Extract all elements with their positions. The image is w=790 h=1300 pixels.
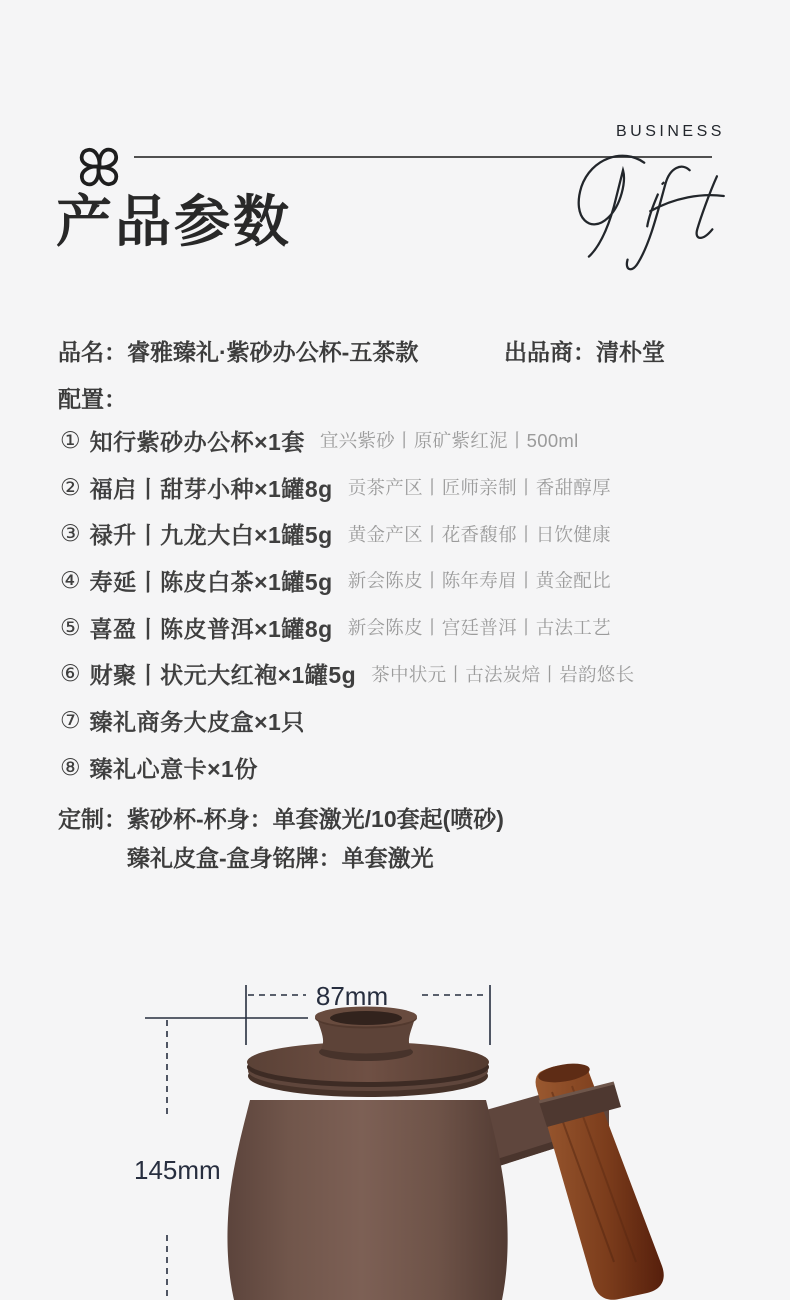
height-dimension-label: 145mm bbox=[134, 1155, 221, 1185]
cup-body bbox=[227, 1100, 507, 1300]
item-main-text: 财聚丨状元大红袍×1罐5g bbox=[90, 657, 357, 690]
product-name-label: 品名： bbox=[58, 339, 127, 365]
item-number: ② bbox=[60, 474, 81, 501]
item-number: ⑤ bbox=[60, 614, 81, 641]
item-number: ④ bbox=[60, 567, 81, 594]
product-spec-page: BUSINESS 产品参数 品名：睿雅臻礼·紫砂办公杯-五茶款 出品商：清朴堂 … bbox=[0, 0, 790, 1300]
cup-lid-knob bbox=[315, 1007, 417, 1062]
item-number: ⑦ bbox=[60, 707, 81, 734]
maker-row: 出品商：清朴堂 bbox=[504, 334, 665, 367]
item-main-text: 知行紫砂办公杯×1套 bbox=[90, 424, 305, 457]
item-detail-text: 宜兴紫砂丨原矿紫红泥丨500ml bbox=[320, 427, 579, 453]
list-item: ①知行紫砂办公杯×1套宜兴紫砂丨原矿紫红泥丨500ml bbox=[60, 417, 770, 464]
list-item: ⑦臻礼商务大皮盒×1只 bbox=[60, 697, 770, 744]
maker-label: 出品商： bbox=[504, 339, 596, 365]
item-detail-text: 茶中状元丨古法炭焙丨岩韵悠长 bbox=[371, 661, 634, 687]
item-main-text: 禄升丨九龙大白×1罐5g bbox=[90, 517, 333, 550]
item-detail-text: 新会陈皮丨宫廷普洱丨古法工艺 bbox=[348, 614, 611, 640]
customization-line-2: 臻礼皮盒-盒身铭牌：单套激光 bbox=[127, 839, 504, 878]
maker-value: 清朴堂 bbox=[596, 339, 665, 365]
chinese-knot-logo-icon bbox=[70, 138, 128, 196]
config-section-label: 配置： bbox=[58, 381, 127, 414]
item-main-text: 臻礼心意卡×1份 bbox=[90, 751, 258, 784]
item-main-text: 福启丨甜芽小种×1罐8g bbox=[90, 471, 333, 504]
item-detail-text: 新会陈皮丨陈年寿眉丨黄金配比 bbox=[348, 567, 611, 593]
gift-script-text bbox=[568, 146, 728, 271]
item-number: ⑥ bbox=[60, 660, 81, 687]
item-detail-text: 贡茶产区丨匠师亲制丨香甜醇厚 bbox=[348, 474, 611, 500]
list-item: ④寿延丨陈皮白茶×1罐5g新会陈皮丨陈年寿眉丨黄金配比 bbox=[60, 557, 770, 604]
item-number: ① bbox=[60, 427, 81, 454]
item-number: ③ bbox=[60, 520, 81, 547]
width-dimension-label: 87mm bbox=[316, 981, 388, 1011]
list-item: ⑤喜盈丨陈皮普洱×1罐8g新会陈皮丨宫廷普洱丨古法工艺 bbox=[60, 604, 770, 651]
list-item: ⑧臻礼心意卡×1份 bbox=[60, 744, 770, 791]
item-main-text: 喜盈丨陈皮普洱×1罐8g bbox=[90, 611, 333, 644]
page-title: 产品参数 bbox=[56, 191, 292, 253]
cup-illustration: 87mm 145mm bbox=[120, 960, 680, 1300]
customization-line-1: 紫砂杯-杯身：单套激光/10套起(喷砂) bbox=[127, 800, 504, 839]
item-detail-text: 黄金产区丨花香馥郁丨日饮健康 bbox=[348, 521, 611, 547]
list-item: ③禄升丨九龙大白×1罐5g黄金产区丨花香馥郁丨日饮健康 bbox=[60, 510, 770, 557]
customization-lines: 紫砂杯-杯身：单套激光/10套起(喷砂) 臻礼皮盒-盒身铭牌：单套激光 bbox=[127, 800, 504, 878]
customization-block: 定制： 紫砂杯-杯身：单套激光/10套起(喷砂) 臻礼皮盒-盒身铭牌：单套激光 bbox=[58, 800, 504, 878]
item-main-text: 臻礼商务大皮盒×1只 bbox=[90, 704, 305, 737]
item-number: ⑧ bbox=[60, 754, 81, 781]
list-item: ②福启丨甜芽小种×1罐8g贡茶产区丨匠师亲制丨香甜醇厚 bbox=[60, 464, 770, 511]
config-list: ①知行紫砂办公杯×1套宜兴紫砂丨原矿紫红泥丨500ml ②福启丨甜芽小种×1罐8… bbox=[60, 417, 770, 791]
business-label: BUSINESS bbox=[616, 123, 725, 141]
list-item: ⑥财聚丨状元大红袍×1罐5g茶中状元丨古法炭焙丨岩韵悠长 bbox=[60, 650, 770, 697]
product-name-row: 品名：睿雅臻礼·紫砂办公杯-五茶款 bbox=[58, 334, 418, 367]
customization-label: 定制： bbox=[58, 800, 127, 878]
product-name-value: 睿雅臻礼·紫砂办公杯-五茶款 bbox=[127, 339, 418, 365]
item-main-text: 寿延丨陈皮白茶×1罐5g bbox=[90, 564, 333, 597]
